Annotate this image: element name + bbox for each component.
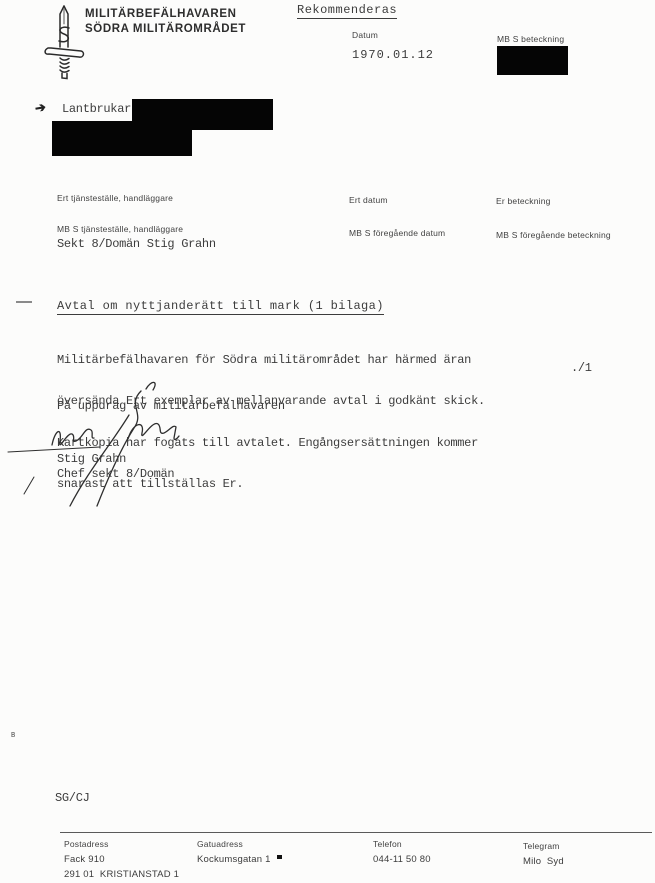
body-line: Militärbefälhavaren för Södra militäromr…: [57, 354, 485, 367]
footer-ink-mark: [277, 855, 282, 859]
signature-typed-name: Stig Grahn: [57, 452, 126, 466]
org-name-line1: MILITÄRBEFÄLHAVAREN: [85, 8, 237, 20]
attachment-reference: ./1: [571, 361, 592, 375]
handwritten-signature: [0, 375, 230, 515]
er-beteckning-label: Er beteckning: [496, 196, 551, 206]
signature-typed-title: Chef sekt 8/Domän: [57, 467, 174, 481]
mbs-foregaende-datum-label: MB S föregående datum: [349, 228, 445, 238]
footer-telefon: Telefon 044-11 50 80: [373, 839, 431, 865]
handlaggare-value: Sekt 8/Domän Stig Grahn: [57, 237, 216, 251]
margin-dash-mark: [16, 301, 32, 303]
datum-value: 1970.01.12: [352, 48, 434, 62]
footer-telegram: Telegram Milo Syd: [523, 841, 564, 867]
ert-datum-label: Ert datum: [349, 195, 388, 205]
footer-telefon-label: Telefon: [373, 839, 431, 849]
redaction-box-beteckning: [497, 46, 568, 75]
margin-arrow-icon: ➔: [34, 99, 48, 117]
redaction-box-recipient-2: [52, 121, 192, 156]
footer-postadress-line: Fack 910: [64, 854, 179, 865]
recipient-name-prefix: Lantbrukar: [62, 102, 131, 116]
rekommenderas-stamp: Rekommenderas: [297, 3, 397, 19]
datum-label: Datum: [352, 30, 378, 40]
sword-emblem-icon: [42, 4, 86, 80]
org-name-line2: SÖDRA MILITÄROMRÅDET: [85, 23, 246, 35]
mbs-tjanstestalle-label: MB S tjänsteställe, handläggare: [57, 224, 183, 234]
footer-divider: [60, 832, 652, 833]
mbs-beteckning-label: MB S beteckning: [497, 34, 564, 44]
ert-tjanstestalle-label: Ert tjänsteställe, handläggare: [57, 193, 173, 203]
footer-gatuadress-label: Gatuadress: [197, 839, 271, 849]
footer-gatuadress-line: Kockumsgatan 1: [197, 854, 271, 865]
footer-telefon-line: 044-11 50 80: [373, 854, 431, 865]
typist-initials: SG/CJ: [55, 791, 90, 805]
footer-postadress: Postadress Fack 910 291 01 KRISTIANSTAD …: [64, 839, 179, 880]
mbs-foregaende-beteckning-label: MB S föregående beteckning: [496, 230, 611, 240]
footer-telegram-label: Telegram: [523, 841, 564, 851]
scanned-letter-page: MILITÄRBEFÄLHAVAREN SÖDRA MILITÄROMRÅDET…: [0, 0, 655, 883]
footer-postadress-label: Postadress: [64, 839, 179, 849]
subject-line: Avtal om nyttjanderätt till mark (1 bila…: [57, 299, 384, 315]
footer-postadress-line: 291 01 KRISTIANSTAD 1: [64, 869, 179, 880]
footer-telegram-line: Milo Syd: [523, 856, 564, 867]
margin-letter-mark: B: [11, 732, 15, 740]
footer-gatuadress: Gatuadress Kockumsgatan 1: [197, 839, 271, 865]
